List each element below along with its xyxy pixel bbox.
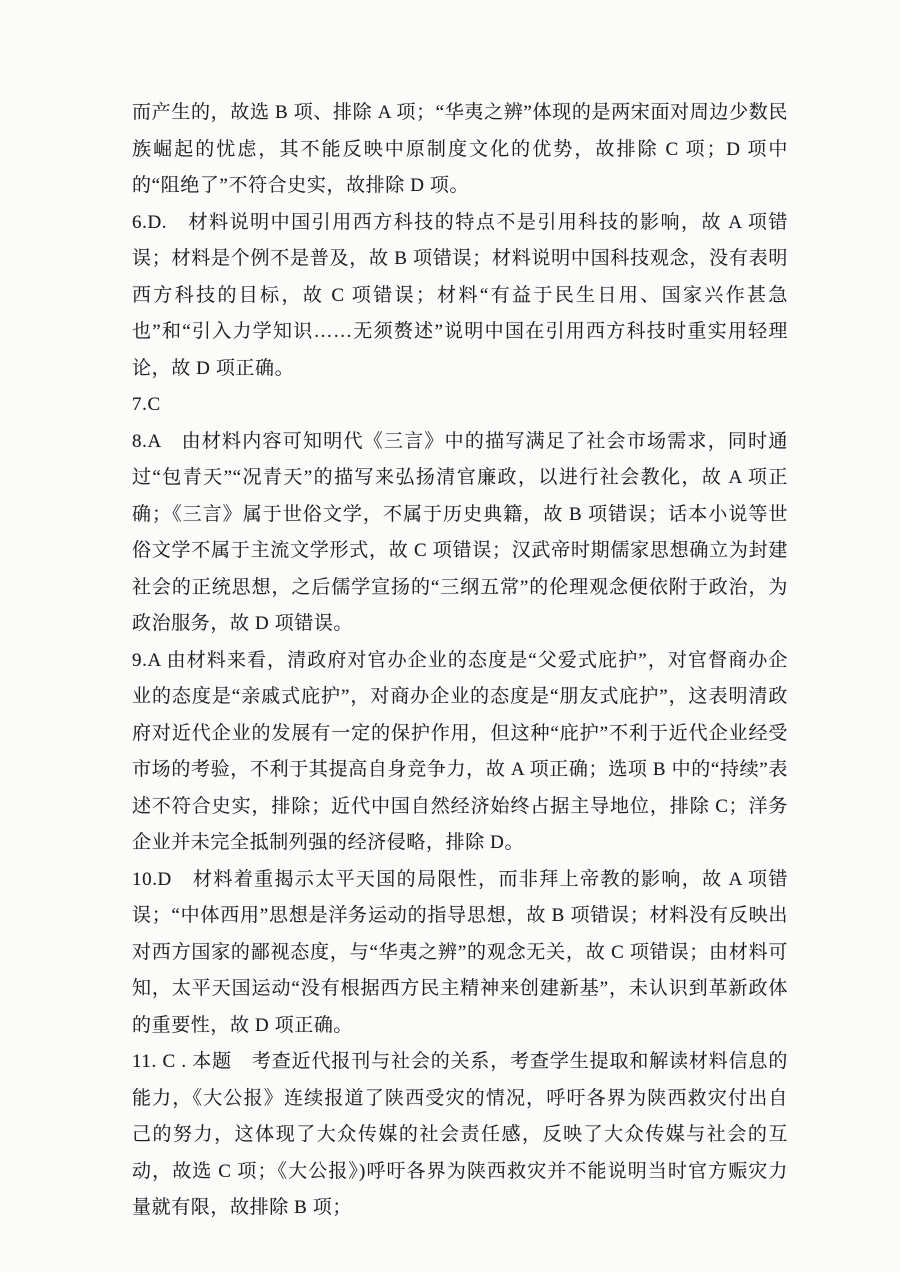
answer-explanation-8: 8.A 由材料内容可知明代《三言》中的描写满足了社会市场需求，同时通过“包青天”… (132, 424, 788, 643)
answer-explanation-6: 6.D. 材料说明中国引用西方科技的特点不是引用科技的影响，故 A 项错误；材料… (132, 205, 788, 388)
answer-explanation-11: 11. C . 本题 考查近代报刊与社会的关系，考查学生提取和解读材料信息的能力… (132, 1044, 788, 1227)
answer-explanation-10: 10.D 材料着重揭示太平天国的局限性，而非拜上帝教的影响，故 A 项错误；“中… (132, 862, 788, 1045)
document-page: 而产生的，故选 B 项、排除 A 项；“华夷之辨”体现的是两宋面对周边少数民族崛… (0, 0, 900, 1272)
answer-explanation-9: 9.A 由材料来看，清政府对官办企业的态度是“父爱式庇护”，对官督商办企业的态度… (132, 643, 788, 862)
answer-7: 7.C (132, 387, 788, 424)
answer-explanation-5-continued: 而产生的，故选 B 项、排除 A 项；“华夷之辨”体现的是两宋面对周边少数民族崛… (132, 95, 788, 205)
